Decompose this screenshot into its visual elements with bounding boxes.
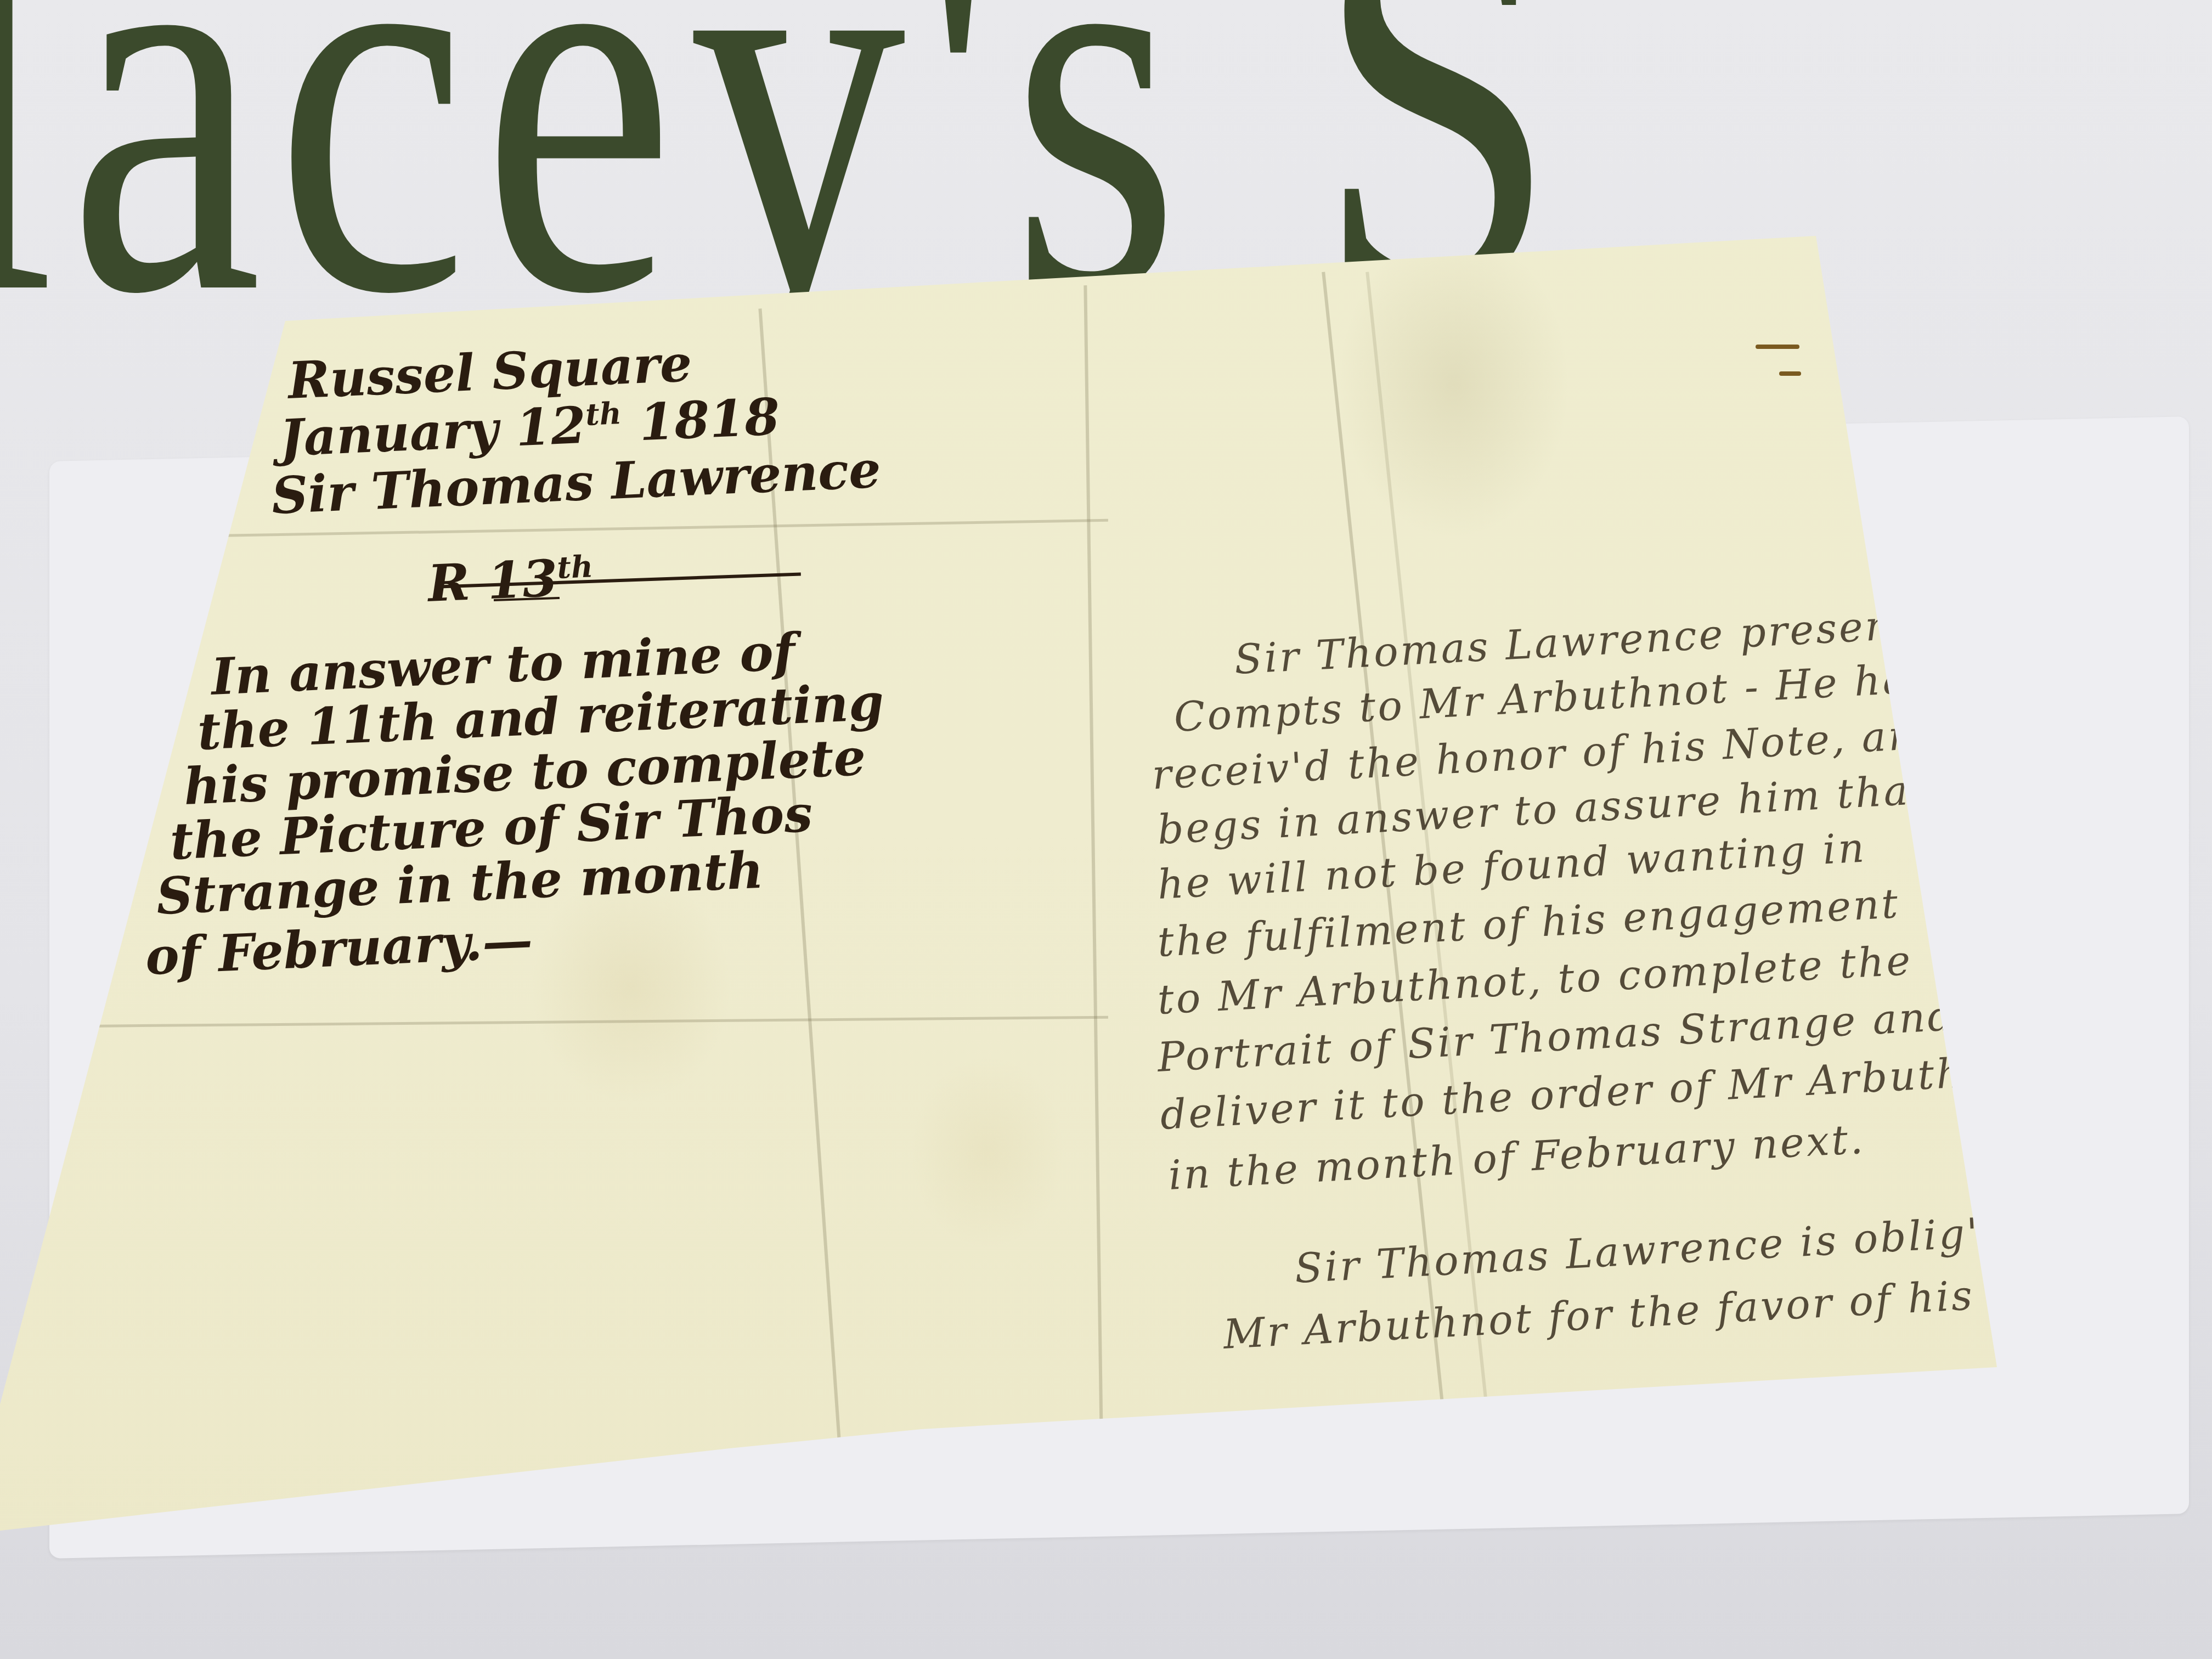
fold-line bbox=[66, 1016, 1108, 1028]
fold-line bbox=[1084, 285, 1103, 1437]
seal-mark bbox=[1756, 345, 1799, 349]
seal-mark bbox=[1779, 371, 1801, 376]
